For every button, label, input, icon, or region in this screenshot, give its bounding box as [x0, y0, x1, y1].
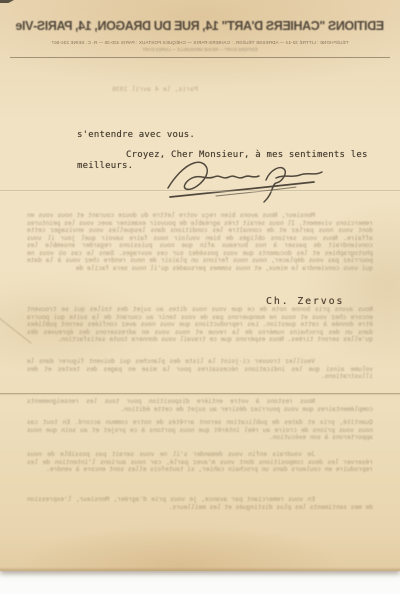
paper-sheet [0, 0, 400, 571]
signature-first-scrawl [168, 162, 259, 189]
fold-crease-upper [0, 190, 400, 191]
letterhead-rule [10, 57, 390, 58]
ghost-paragraph-5: Quantité, prix et dates de publication s… [27, 419, 373, 442]
handwritten-signature [158, 156, 334, 210]
letterhead-title-showthrough: EDITIONS "CAHIERS D'ART" 14, RUE DU DRAG… [12, 19, 388, 33]
ghost-paragraph-1: Monsieur, Nous avons bien reçu votre let… [27, 212, 373, 272]
paper-bottom-edge [0, 567, 400, 571]
ghost-paragraph-2: Nous avons pris bonne note de ce que vou… [27, 306, 373, 344]
letter-line-entendre: s'entendre avec vous. [77, 130, 195, 140]
ghost-paragraph-3: Veuillez trouver ci-joint la liste des p… [27, 358, 373, 381]
ghost-paragraph-4: Nous restons à votre entière disposition… [27, 398, 373, 413]
ghost-paragraph-6: Je voudrais enfin vous demander s'il ne … [27, 451, 373, 474]
letter-line-meilleurs: meilleurs. [77, 161, 133, 171]
ghost-paragraph-7: En vous remerciant par avance, je vous p… [27, 496, 373, 511]
letterhead-details-showthrough: TÉLÉPHONE : LITTRÉ 32-44 — ADRESSE TÉLÉG… [12, 40, 388, 45]
letterhead-subline-showthrough: ÉDITIONS D'ART — REVUE MENSUELLE — LIVRE… [12, 47, 388, 52]
scanned-letter-page: EDITIONS "CAHIERS D'ART" 14, RUE DU DRAG… [0, 0, 400, 594]
fold-crease-lower [0, 393, 400, 394]
ghost-date-line: Paris, le 4 avril 1936 [80, 85, 198, 93]
